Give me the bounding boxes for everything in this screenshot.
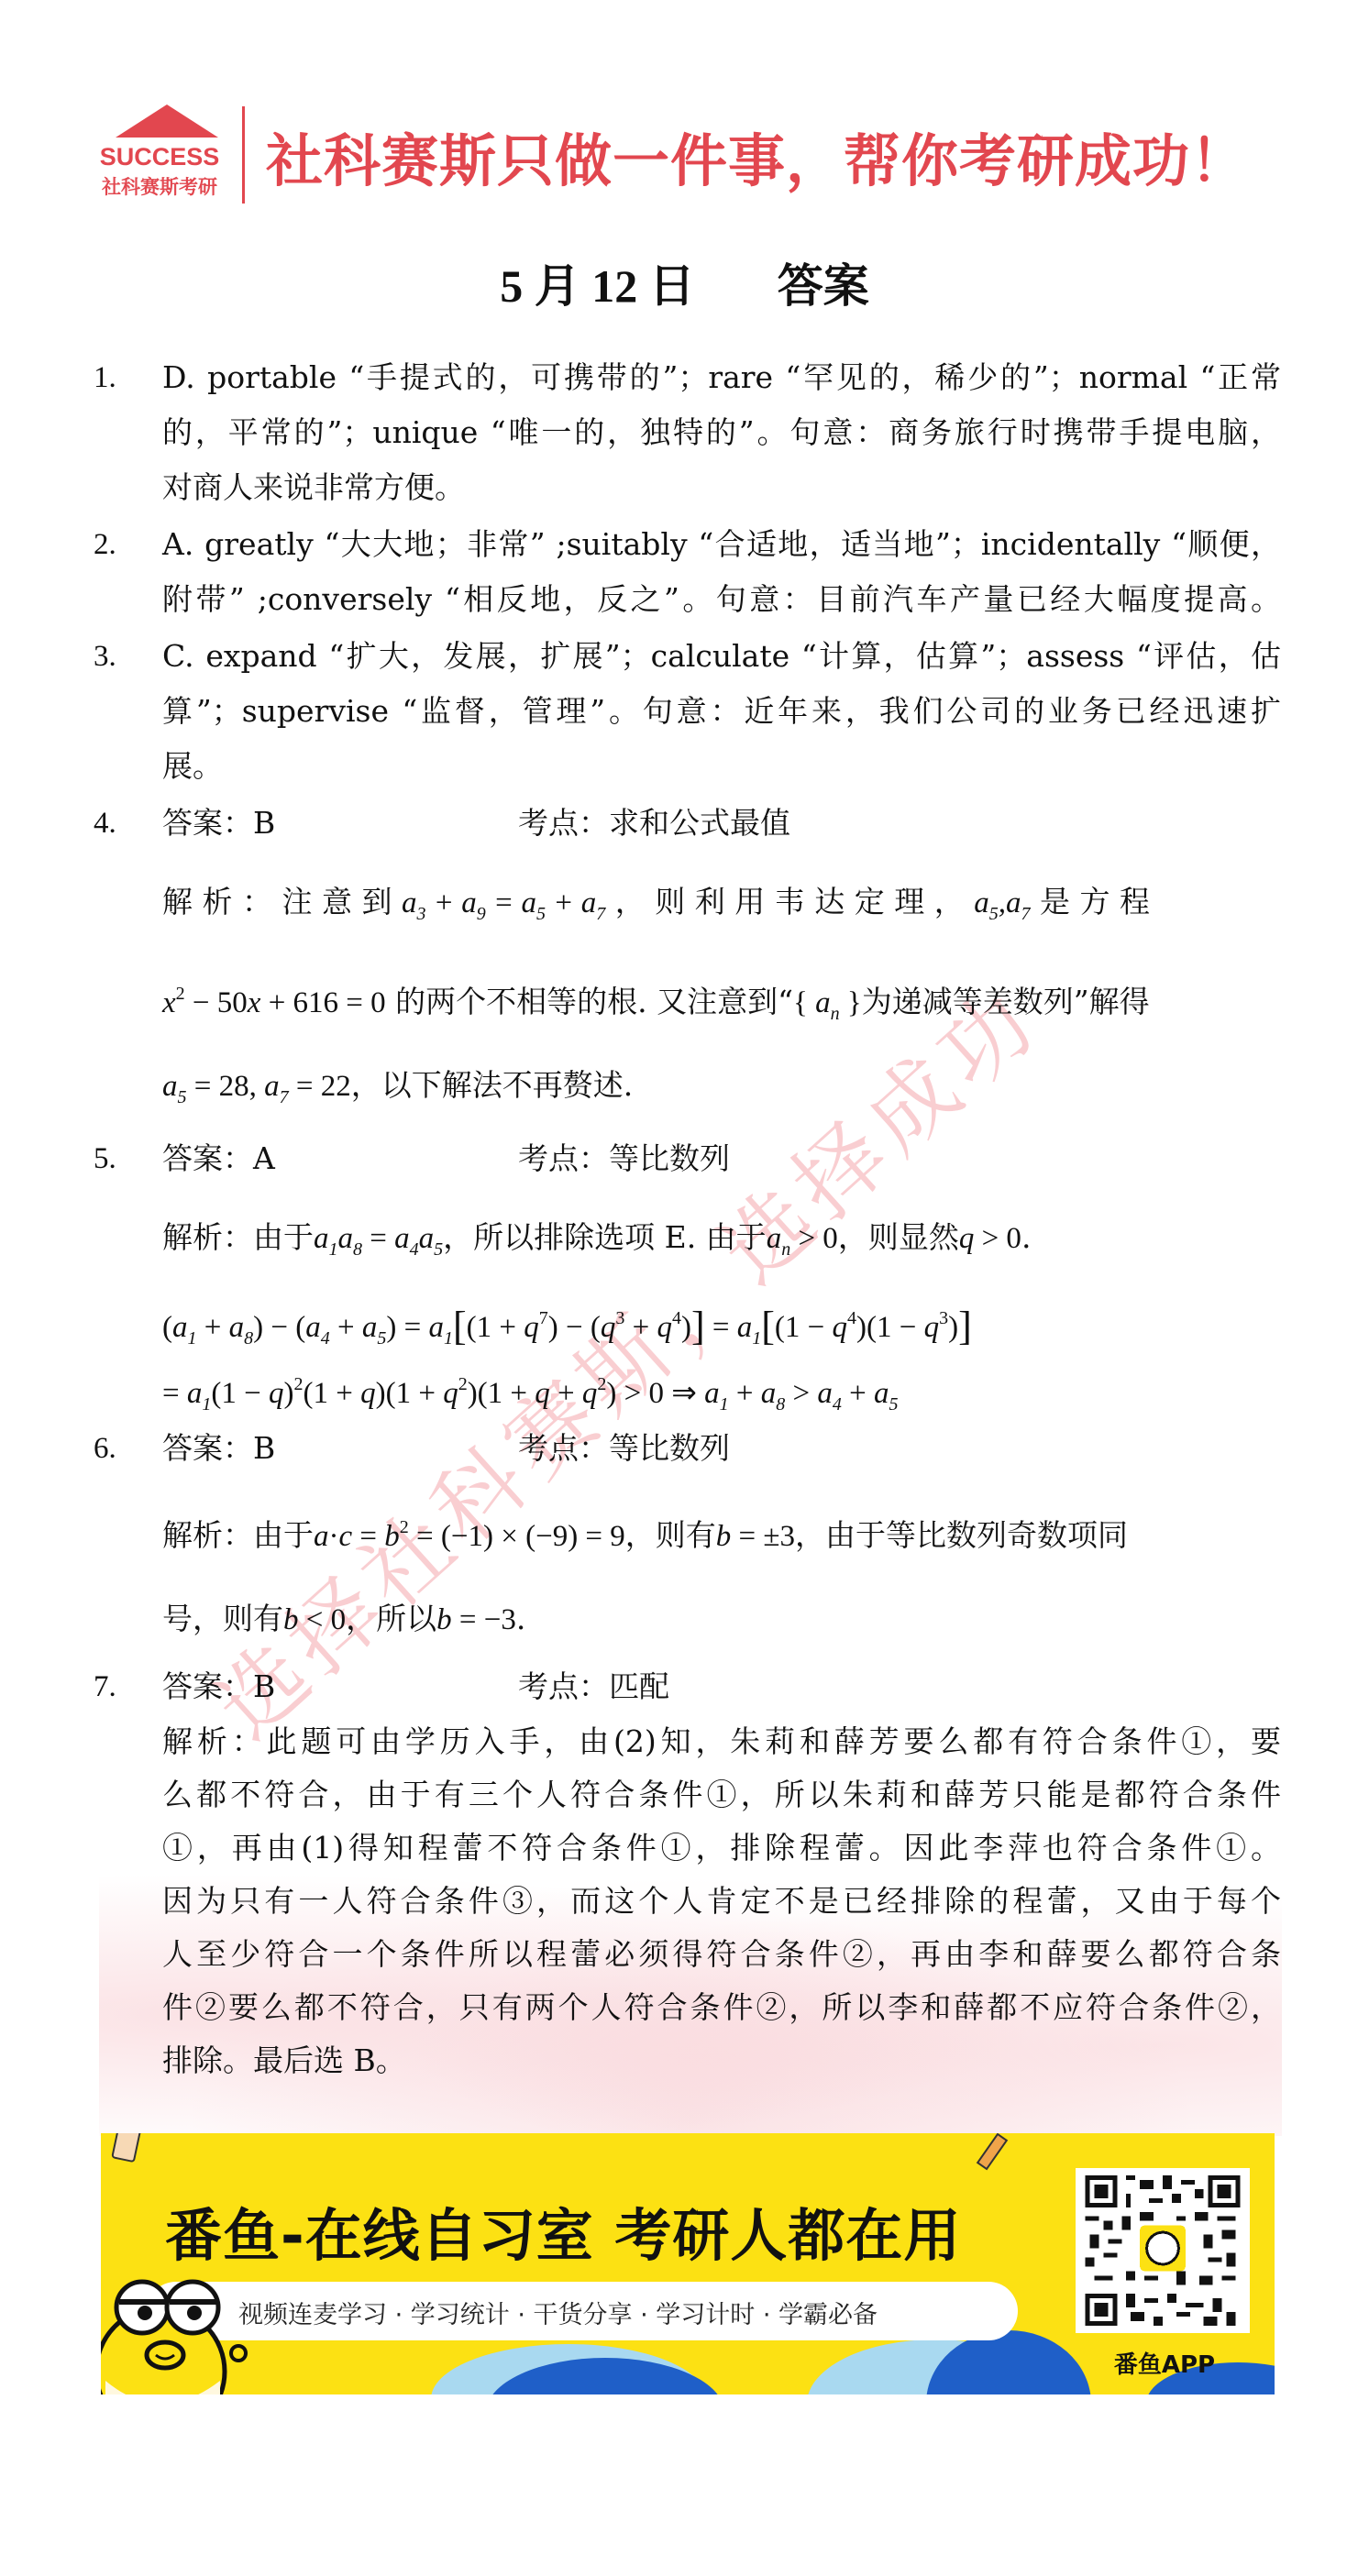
- formula: = a1(1 − q)2(1 + q)(1 + q2)(1 + q + q2) …: [162, 1377, 899, 1410]
- item-line: D. portable “手提式的，可携带的”；rare “罕见的，稀少的”；n…: [162, 359, 1281, 396]
- analysis-text: .: [1021, 1219, 1032, 1255]
- title-label: 答案: [778, 260, 869, 312]
- success-logo: SUCCESS 社科赛斯考研: [95, 105, 224, 204]
- page-title: 5 月 12 日答案: [0, 249, 1369, 315]
- formula: a5 = 28, a7 = 22: [162, 1070, 351, 1103]
- analysis-text: 为递减等差数列”解得: [862, 984, 1150, 1019]
- answer-label: 答案：B 考点：等比数列: [162, 1430, 1281, 1467]
- analysis-text: 是 方 程: [1040, 884, 1150, 919]
- answer-value: 答案：B: [162, 1430, 275, 1466]
- logo-text-en: SUCCESS: [95, 143, 224, 171]
- answer-label: 答案：A 考点：等比数列: [162, 1140, 1281, 1177]
- answer-value: 答案：B: [162, 1668, 275, 1704]
- roof-icon: [116, 105, 218, 138]
- analysis-text: ，所以排除选项 E. 由于: [443, 1219, 767, 1255]
- formula-line: (a1 + a8) − (a4 + a5) = a1[(1 + q7) − (q…: [162, 1300, 1281, 1357]
- analysis-text: 解析：由于: [162, 1517, 314, 1553]
- formula: a5,a7: [974, 886, 1030, 919]
- analysis-line: 解析：由于a1a8 = a4a5，所以排除选项 E. 由于an > 0，则显然q…: [162, 1219, 1281, 1268]
- analysis-text: .: [516, 1601, 526, 1636]
- formula: a1a8 = a4a5: [314, 1222, 443, 1255]
- formula: b < 0: [283, 1603, 346, 1636]
- pink-background-wash: [99, 1833, 1282, 2136]
- item-number: 6.: [94, 1430, 116, 1467]
- item-number: 5.: [94, 1140, 116, 1177]
- formula: a·c = b2 = (−1) × (−9) = 9: [314, 1520, 625, 1553]
- analysis-line: 排除。最后选 B。: [162, 2042, 1281, 2079]
- analysis-line: 解析：由于a·c = b2 = (−1) × (−9) = 9，则有b = ±3…: [162, 1509, 1281, 1555]
- formula: x2 − 50x + 616 = 0: [162, 986, 386, 1019]
- formula: { an }: [793, 986, 862, 1019]
- analysis-line: 因为只有一人符合条件③，而这个人肯定不是已经排除的程蕾，又由于每个: [162, 1883, 1281, 1920]
- qr-code[interactable]: [1076, 2168, 1250, 2333]
- item-line: A. greatly “大大地；非常” ;suitably “合适地，适当地”；…: [162, 526, 1281, 563]
- item-number: 1.: [94, 359, 116, 396]
- analysis-text: ，以下解法不再赘述.: [351, 1067, 634, 1103]
- item-number: 4.: [94, 805, 116, 842]
- slogan: 社科赛斯只做一件事，帮你考研成功！: [266, 116, 1248, 197]
- pufferfish-mascot-icon: [101, 2271, 248, 2394]
- formula: b = −3: [436, 1603, 516, 1636]
- analysis-line: 人至少符合一个条件所以程蕾必须得符合条件②，再由李和薛要么都符合条: [162, 1936, 1281, 1973]
- app-ad-banner[interactable]: 番鱼-在线自习室 考研人都在用 视频连麦学习 · 学习统计 · 干货分享 · 学…: [101, 2133, 1275, 2394]
- analysis-line: 解析：此题可由学历入手，由(2)知，朱莉和薛芳要么都有符合条件①，要: [162, 1723, 1281, 1760]
- eraser-icon: [111, 2133, 142, 2163]
- analysis-text: ，则有: [625, 1517, 716, 1553]
- title-date: 5 月 12 日: [500, 260, 695, 312]
- item-number: 3.: [94, 638, 116, 675]
- logo-text-cn: 社科赛斯考研: [95, 172, 224, 200]
- analysis-text: 解析：由于: [162, 1219, 314, 1255]
- analysis-text: ， 则 利 用 韦 达 定 理 ，: [615, 884, 965, 919]
- item-line: 的，平常的”；unique “唯一的，独特的”。句意：商务旅行时携带手提电脑，: [162, 414, 1281, 451]
- formula-line: = a1(1 − q)2(1 + q)(1 + q2)(1 + q + q2) …: [162, 1366, 1281, 1423]
- item-line: C. expand “扩大，发展，扩展”；calculate “计算，估算”；a…: [162, 638, 1281, 675]
- formula: b = ±3: [716, 1520, 795, 1553]
- qr-code-icon: [1085, 2175, 1241, 2326]
- key-point: 考点：等比数列: [518, 1140, 730, 1177]
- analysis-line: 号，则有b < 0，所以b = −3.: [162, 1601, 1281, 1638]
- item-line: 算”；supervise “监督，管理”。句意：近年来，我们公司的业务已经迅速扩: [162, 693, 1281, 730]
- formula: a3 + a9 = a5 + a7: [402, 886, 605, 919]
- item-number: 7.: [94, 1668, 116, 1705]
- item-line: 展。: [162, 748, 1281, 785]
- analysis-line: ①，再由(1)得知程蕾不符合条件①，排除程蕾。因此李萍也符合条件①。: [162, 1830, 1281, 1866]
- answer-label: 答案：B 考点：求和公式最值: [162, 805, 1281, 842]
- item-line: 对商人来说非常方便。: [162, 469, 1281, 506]
- page-header: SUCCESS 社科赛斯考研 社科赛斯只做一件事，帮你考研成功！: [92, 103, 1302, 204]
- pencil-icon: [977, 2133, 1008, 2170]
- formula: q > 0: [959, 1222, 1021, 1255]
- answer-value: 答案：B: [162, 805, 275, 841]
- formula: (a1 + a8) − (a4 + a5) = a1[(1 + q7) − (q…: [162, 1311, 972, 1344]
- analysis-line: x2 − 50x + 616 = 0 的两个不相等的根. 又注意到“{ an }…: [162, 975, 1281, 1032]
- analysis-text: 号，则有: [162, 1601, 283, 1636]
- analysis-text: ，由于等比数列奇数项同: [795, 1517, 1128, 1553]
- item-line: 附带” ;conversely “相反地，反之”。句意：目前汽车产量已经大幅度提…: [162, 581, 1281, 618]
- analysis-line: 解 析 ： 注 意 到 a3 + a9 = a5 + a7 ， 则 利 用 韦 …: [162, 884, 1281, 932]
- item-number: 2.: [94, 526, 116, 563]
- key-point: 考点：等比数列: [518, 1430, 730, 1467]
- analysis-text: ，则显然: [838, 1219, 959, 1255]
- analysis-line: 件②要么都不符合，只有两个人符合条件②，所以李和薛都不应符合条件②，: [162, 1989, 1281, 2026]
- analysis-line: 么都不符合，由于有三个人符合条件①，所以朱莉和薛芳只能是都符合条件: [162, 1777, 1281, 1813]
- analysis-text: 的两个不相等的根. 又注意到“: [395, 984, 793, 1019]
- answer-label: 答案：B 考点：匹配: [162, 1668, 1281, 1705]
- qr-label: 番鱼APP: [1087, 2346, 1242, 2380]
- formula: an > 0: [767, 1222, 838, 1255]
- answer-value: 答案：A: [162, 1140, 275, 1176]
- banner-features: 视频连麦学习 · 学习统计 · 干货分享 · 学习计时 · 学霸必备: [238, 2295, 878, 2330]
- analysis-line: a5 = 28, a7 = 22，以下解法不再赘述.: [162, 1067, 1281, 1116]
- key-point: 考点：匹配: [518, 1668, 669, 1705]
- banner-title: 番鱼-在线自习室 考研人都在用: [165, 2190, 961, 2272]
- analysis-text: 解 析 ： 注 意 到: [162, 884, 392, 919]
- header-divider: [242, 106, 245, 204]
- analysis-text: ，所以: [346, 1601, 436, 1636]
- key-point: 考点：求和公式最值: [518, 805, 790, 842]
